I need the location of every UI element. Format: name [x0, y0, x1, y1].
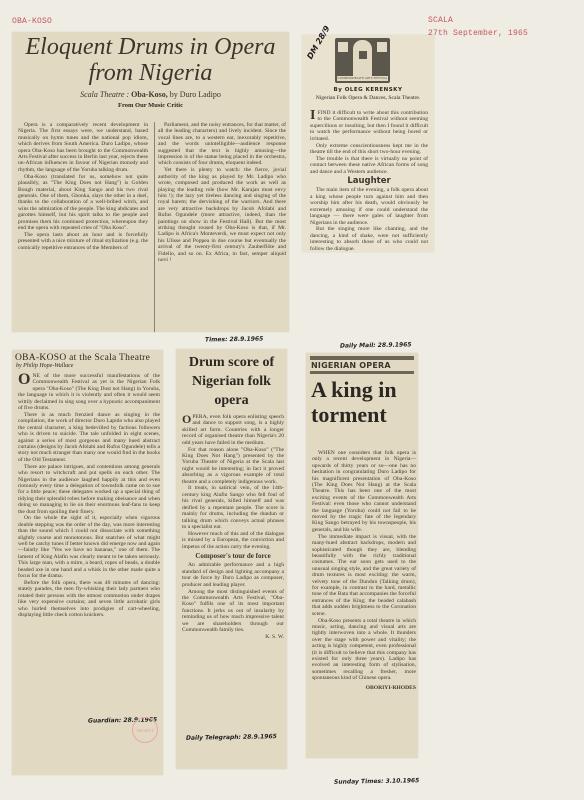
paragraph: Only extreme conscientiousness kept me i…	[310, 143, 428, 156]
drop-cap: O	[18, 373, 30, 386]
paragraph: Oba-Koso presents a total theatre in whi…	[312, 618, 416, 682]
paragraph: There are palace intrigues, and contenti…	[18, 464, 160, 515]
paragraph: Oba-Koso (translated for us, somehow not…	[18, 174, 148, 232]
paragraph: It treats, in satirical vein, of the 14t…	[182, 485, 284, 530]
article-column-1: Opera is a comparatively recent developm…	[18, 122, 148, 332]
title-text: Oba-Koso,	[131, 90, 168, 99]
source-note-sunday-times: Sunday Times: 3.10.1965	[334, 777, 419, 785]
article-body: ONE of the more successful manifestation…	[18, 373, 160, 619]
headline: OBA-KOSO at the Scala Theatre	[12, 350, 163, 363]
venue-line: Nigerian Folk Opera & Dances, Scala Thea…	[302, 95, 434, 101]
paragraph: There is as much frenzied dance as singi…	[18, 412, 160, 463]
paragraph: On the whole the sight of it, especially…	[18, 515, 160, 579]
clipping-guardian: OBA-KOSO at the Scala Theatre by Philip …	[12, 350, 163, 775]
paragraph: The immediate impact is visual, with the…	[312, 534, 416, 617]
paragraph: Before the folk opera, there was 40 minu…	[18, 580, 160, 618]
archive-stamp-icon: ARCHIVE	[132, 717, 158, 743]
article-body: WHEN one considers that folk opera is on…	[312, 450, 416, 691]
drop-cap: O	[182, 414, 191, 424]
source-note-daily-mail: Daily Mail: 28.9.1965	[340, 341, 412, 349]
article-body: IFIND it difficult to write about this c…	[310, 110, 428, 252]
headline: Eloquent Drums in Opera from Nigeria	[12, 34, 289, 86]
signature: OBORIYI-RHODES	[312, 685, 416, 691]
paragraph: However much of this and of the dialogue…	[182, 531, 284, 550]
paragraph: The main item of the evening, a folk ope…	[310, 187, 428, 225]
paragraph: An admirable performance and a high stan…	[182, 562, 284, 588]
paragraph: For that reason alone "Oba-Koso" ("The K…	[182, 447, 284, 485]
article-column-2: Parliament, and the noisy entrances, for…	[154, 122, 286, 332]
paragraph: Yet there is plenty to watch: the fierce…	[158, 167, 286, 263]
byline: By OLEG KERENSKY	[302, 87, 434, 93]
paragraph: WHEN one considers that folk opera is on…	[312, 450, 416, 533]
venue-text: Scala Theatre :	[80, 90, 129, 99]
subheading: Laughter	[310, 178, 428, 184]
article-body: OPERA, even folk opera enlisting speech …	[182, 414, 284, 640]
clipping-sunday-times: NIGERIAN OPERA A king in torment WHEN on…	[306, 353, 418, 758]
author-text: by Duro Ladipo	[170, 90, 221, 99]
kicker: NIGERIAN OPERA	[306, 360, 418, 371]
critic-line: From Our Music Critic	[12, 102, 289, 109]
paragraph: Opera is a comparatively recent developm…	[18, 122, 148, 173]
paragraph: Among the most distinguished events of t…	[182, 589, 284, 634]
archive-label-venue: SCALA	[428, 16, 453, 25]
festival-logo-icon: COMMONWEALTH ARTS FESTIVAL	[335, 38, 390, 83]
archive-label-left: OBA-KOSO	[12, 17, 52, 26]
byline: by Philip Hope-Wallace	[12, 363, 163, 369]
drop-cap: I	[310, 110, 315, 122]
paragraph: But the singing more like chanting, and …	[310, 226, 428, 252]
subheading: Composer's tour de force	[182, 553, 284, 559]
subheading: Scala Theatre : Oba-Koso, by Duro Ladipo	[12, 90, 289, 99]
paragraph: The opera lasts about an hour and is for…	[18, 232, 148, 251]
clipping-daily-mail: COMMONWEALTH ARTS FESTIVAL By OLEG KEREN…	[302, 35, 434, 252]
source-note-times: Times: 28.9.1965	[205, 335, 263, 343]
clipping-times: Eloquent Drums in Opera from Nigeria Sca…	[12, 32, 289, 332]
clipping-daily-telegraph: Drum score of Nigerian folk opera OPERA,…	[176, 349, 287, 769]
paragraph: The trouble is that there is virtually n…	[310, 156, 428, 175]
headline: Drum score of Nigerian folk opera	[176, 353, 287, 410]
archive-label-date: 27th September, 1965	[428, 29, 528, 38]
signature: K. S. W.	[182, 634, 284, 640]
headline: A king in torment	[306, 374, 418, 430]
paragraph: Parliament, and the noisy entrances, for…	[158, 122, 286, 167]
